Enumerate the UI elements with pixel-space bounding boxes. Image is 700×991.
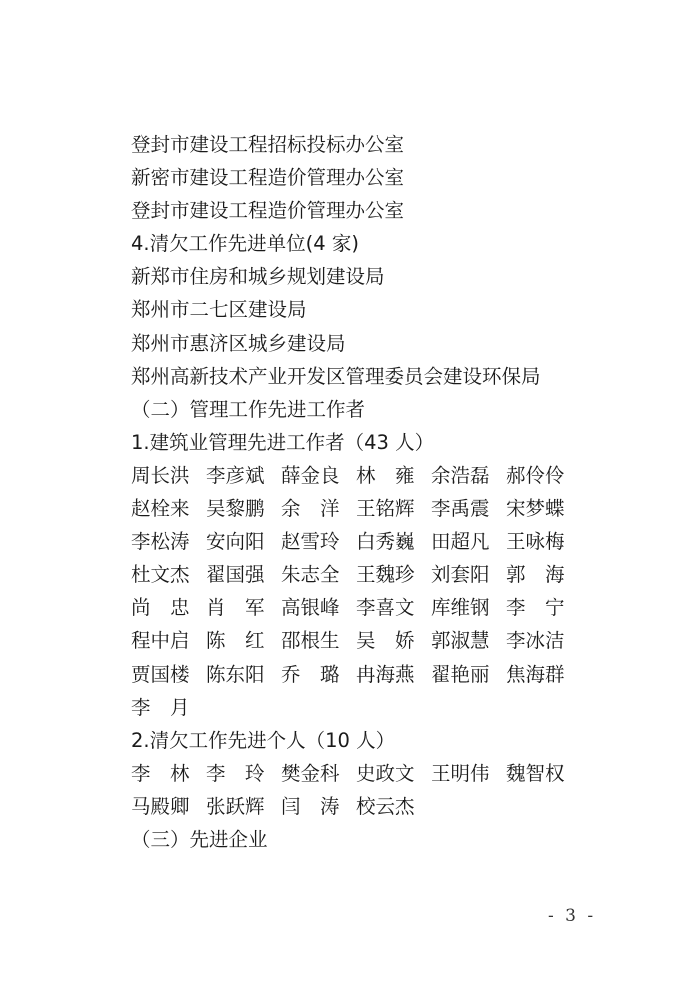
person-name: 肖 军 [206, 591, 281, 624]
person-name: 李 玲 [206, 757, 281, 790]
person-name: 校云杰 [356, 790, 431, 823]
person-name: 赵栓来 [131, 492, 206, 525]
text-line: 新密市建设工程造价管理办公室 [131, 161, 581, 194]
document-body: 登封市建设工程招标投标办公室 新密市建设工程造价管理办公室 登封市建设工程造价管… [131, 128, 581, 856]
name-row: 李 林李 玲樊金科史政文王明伟魏智权 [131, 757, 581, 790]
text-line: 登封市建设工程招标投标办公室 [131, 128, 581, 161]
page-number: - 3 - [548, 906, 596, 926]
list-item: 郑州市二七区建设局 [131, 293, 581, 326]
person-name: 宋梦蝶 [506, 492, 581, 525]
name-row: 赵栓来吴黎鹏余 洋王铭辉李禹震宋梦蝶 [131, 492, 581, 525]
person-name: 乔 璐 [281, 658, 356, 691]
person-name: 高银峰 [281, 591, 356, 624]
name-row: 贾国楼陈东阳乔 璐冉海燕翟艳丽焦海群 [131, 658, 581, 691]
person-name: 翟国强 [206, 558, 281, 591]
person-name: 郭淑慧 [431, 624, 506, 657]
name-row: 李 月 [131, 691, 581, 724]
person-name: 邵根生 [281, 624, 356, 657]
person-name: 王咏梅 [506, 525, 581, 558]
person-name: 安向阳 [206, 525, 281, 558]
person-name: 李彦斌 [206, 459, 281, 492]
list-item: 郑州市惠济区城乡建设局 [131, 327, 581, 360]
person-name: 王明伟 [431, 757, 506, 790]
person-name: 白秀巍 [356, 525, 431, 558]
person-name: 刘套阳 [431, 558, 506, 591]
person-name: 樊金科 [281, 757, 356, 790]
name-row: 李松涛安向阳赵雪玲白秀巍田超凡王咏梅 [131, 525, 581, 558]
person-name: 闫 涛 [281, 790, 356, 823]
section-heading: 4.清欠工作先进单位(4 家) [131, 227, 581, 260]
person-name: 余 洋 [281, 492, 356, 525]
person-name: 马殿卿 [131, 790, 206, 823]
name-row: 程中启陈 红邵根生吴 娇郭淑慧李冰洁 [131, 624, 581, 657]
person-name: 李禹震 [431, 492, 506, 525]
person-name: 李松涛 [131, 525, 206, 558]
person-name: 库维钢 [431, 591, 506, 624]
person-name: 史政文 [356, 757, 431, 790]
person-name: 郝伶伶 [506, 459, 581, 492]
person-name: 翟艳丽 [431, 658, 506, 691]
person-name: 王铭辉 [356, 492, 431, 525]
name-row: 周长洪李彦斌薛金良林 雍余浩磊郝伶伶 [131, 459, 581, 492]
person-name: 田超凡 [431, 525, 506, 558]
person-name: 陈东阳 [206, 658, 281, 691]
person-name: 冉海燕 [356, 658, 431, 691]
part-heading: （二）管理工作先进工作者 [131, 393, 581, 426]
person-name: 陈 红 [206, 624, 281, 657]
name-row: 马殿卿张跃辉闫 涛校云杰 [131, 790, 581, 823]
person-name: 李冰洁 [506, 624, 581, 657]
person-name: 郭 海 [506, 558, 581, 591]
list-item: 郑州高新技术产业开发区管理委员会建设环保局 [131, 360, 581, 393]
person-name: 李 月 [131, 691, 206, 724]
person-name: 王魏珍 [356, 558, 431, 591]
person-name: 尚 忠 [131, 591, 206, 624]
subsection-heading: 2.清欠工作先进个人（10 人） [131, 724, 581, 757]
name-row: 尚 忠肖 军高银峰李喜文库维钢李 宁 [131, 591, 581, 624]
person-name: 吴黎鹏 [206, 492, 281, 525]
person-name: 李喜文 [356, 591, 431, 624]
person-name: 魏智权 [506, 757, 581, 790]
person-name: 林 雍 [356, 459, 431, 492]
name-list: 周长洪李彦斌薛金良林 雍余浩磊郝伶伶赵栓来吴黎鹏余 洋王铭辉李禹震宋梦蝶李松涛安… [131, 459, 581, 724]
text-line: 登封市建设工程造价管理办公室 [131, 194, 581, 227]
person-name: 李 林 [131, 757, 206, 790]
person-name: 杜文杰 [131, 558, 206, 591]
person-name: 周长洪 [131, 459, 206, 492]
person-name: 余浩磊 [431, 459, 506, 492]
part-heading: （三）先进企业 [131, 823, 581, 856]
person-name: 焦海群 [506, 658, 581, 691]
name-row: 杜文杰翟国强朱志全王魏珍刘套阳郭 海 [131, 558, 581, 591]
person-name: 贾国楼 [131, 658, 206, 691]
person-name: 张跃辉 [206, 790, 281, 823]
list-item: 新郑市住房和城乡规划建设局 [131, 260, 581, 293]
person-name: 吴 娇 [356, 624, 431, 657]
name-list: 李 林李 玲樊金科史政文王明伟魏智权马殿卿张跃辉闫 涛校云杰 [131, 757, 581, 823]
person-name: 程中启 [131, 624, 206, 657]
subsection-heading: 1.建筑业管理先进工作者（43 人） [131, 426, 581, 459]
person-name: 李 宁 [506, 591, 581, 624]
person-name: 薛金良 [281, 459, 356, 492]
person-name: 朱志全 [281, 558, 356, 591]
person-name: 赵雪玲 [281, 525, 356, 558]
